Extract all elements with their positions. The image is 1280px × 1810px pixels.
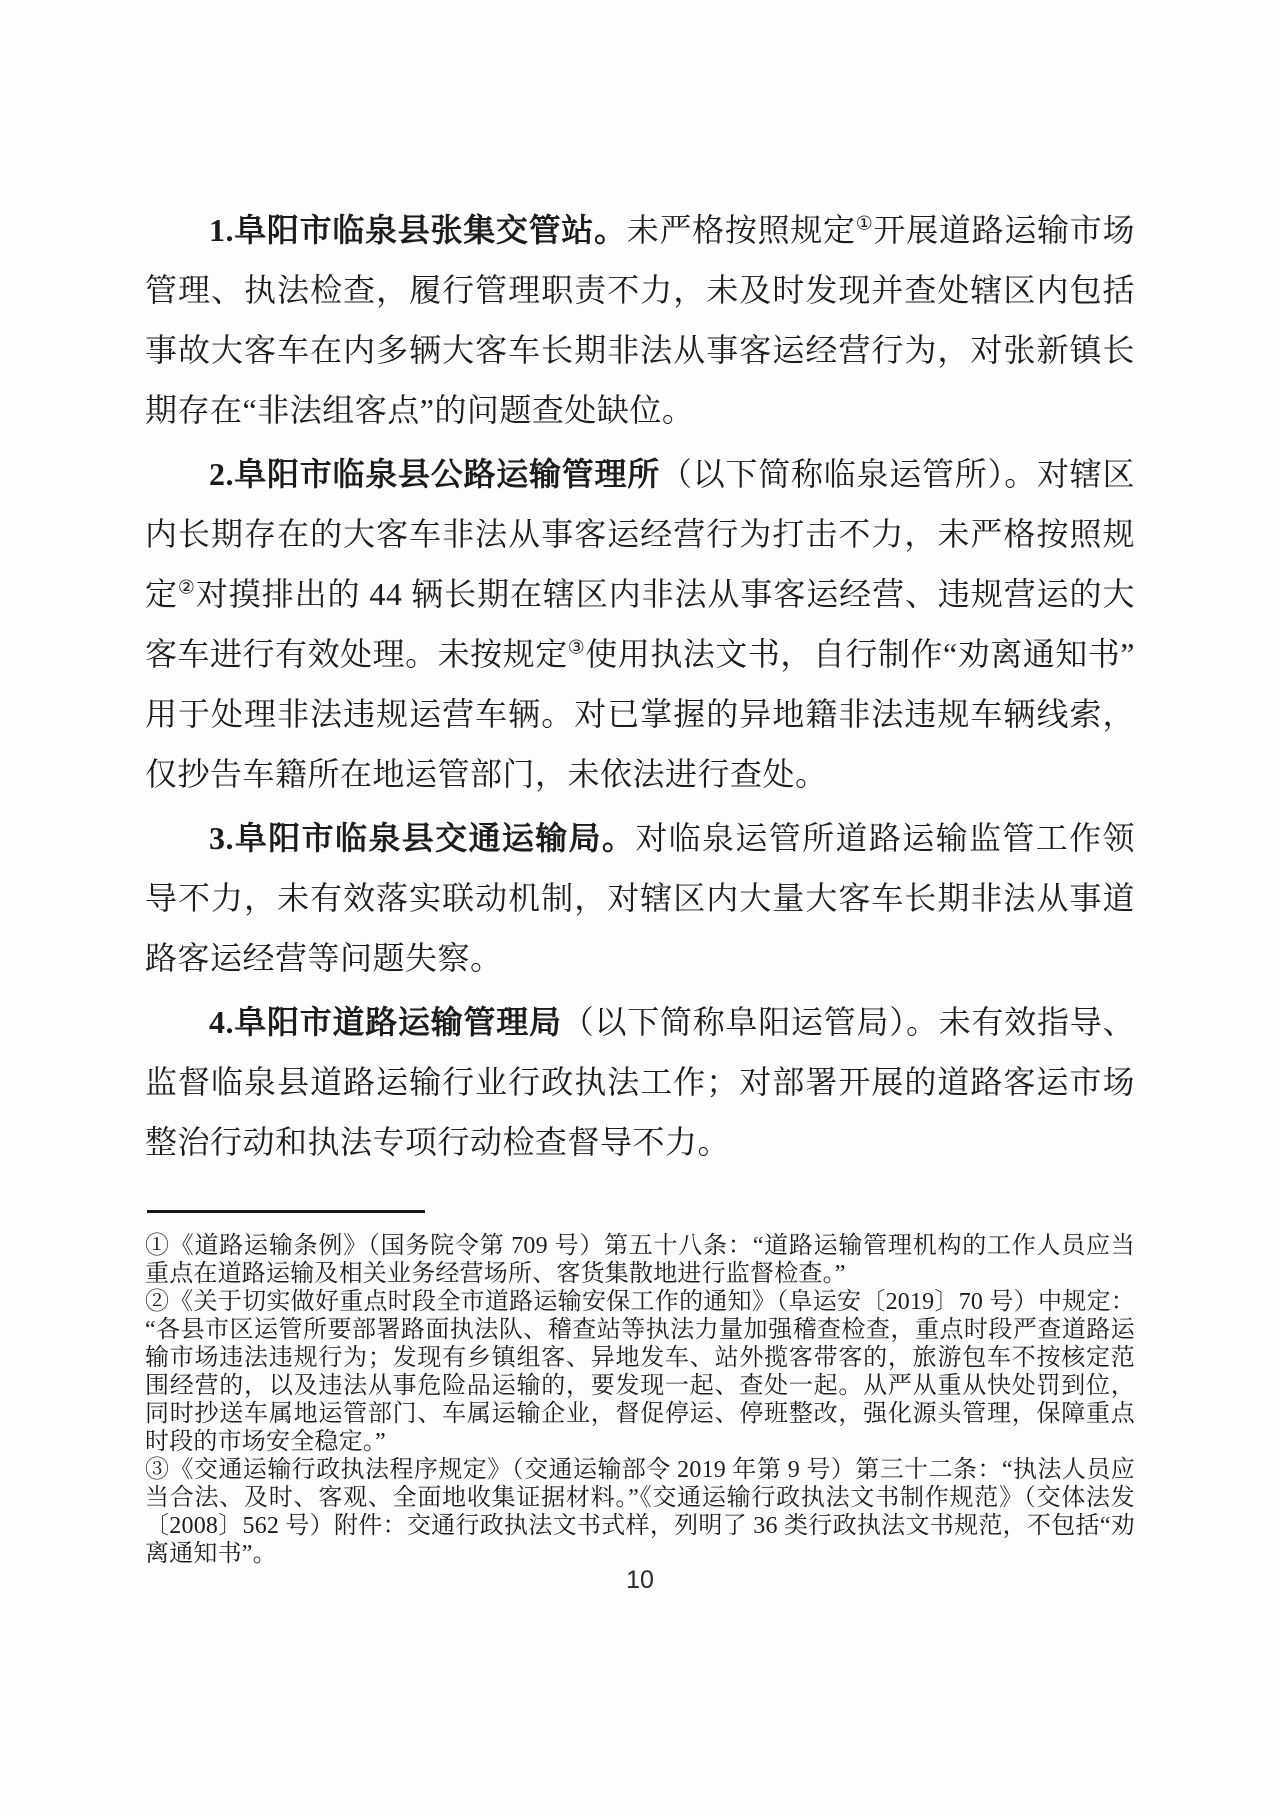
paragraph-1: 1.阜阳市临泉县张集交管站。未严格按照规定①开展道路运输市场管理、执法检查，履行…	[145, 200, 1135, 440]
footnote-ref-2: ②	[178, 577, 196, 598]
paragraph-4: 4.阜阳市道路运输管理局（以下简称阜阳运管局）。未有效指导、监督临泉县道路运输行…	[145, 992, 1135, 1172]
footnote-2-marker: ②	[145, 1289, 169, 1315]
footnote-ref-1: ①	[856, 213, 874, 234]
paragraph-2-lead: 2.阜阳市临泉县公路运输管理所	[209, 456, 660, 492]
document-page: 1.阜阳市临泉县张集交管站。未严格按照规定①开展道路运输市场管理、执法检查，履行…	[0, 0, 1280, 1810]
paragraph-1-lead: 1.阜阳市临泉县张集交管站。	[209, 212, 627, 248]
footnote-2-text: 《关于切实做好重点时段全市道路运输安保工作的通知》（阜运安〔2019〕70 号）…	[145, 1289, 1135, 1455]
paragraph-2: 2.阜阳市临泉县公路运输管理所（以下简称临泉运管所）。对辖区内长期存在的大客车非…	[145, 444, 1135, 804]
footnote-separator	[147, 1210, 425, 1213]
footnote-3-text: 《交通运输行政执法程序规定》（交通运输部令 2019 年第 9 号）第三十二条：…	[145, 1457, 1135, 1567]
footnote-section: ①《道路运输条例》（国务院令第 709 号）第五十八条：“道路运输管理机构的工作…	[145, 1210, 1135, 1568]
footnote-1-marker: ①	[145, 1233, 170, 1259]
footnote-1: ①《道路运输条例》（国务院令第 709 号）第五十八条：“道路运输管理机构的工作…	[145, 1232, 1135, 1288]
footnote-2: ②《关于切实做好重点时段全市道路运输安保工作的通知》（阜运安〔2019〕70 号…	[145, 1288, 1135, 1456]
paragraph-3-lead: 3.阜阳市临泉县交通运输局。	[209, 820, 635, 856]
document-body: 1.阜阳市临泉县张集交管站。未严格按照规定①开展道路运输市场管理、执法检查，履行…	[145, 200, 1135, 1176]
footnote-ref-3: ③	[568, 637, 586, 658]
footnote-3: ③《交通运输行政执法程序规定》（交通运输部令 2019 年第 9 号）第三十二条…	[145, 1456, 1135, 1568]
page-number: 10	[0, 1566, 1280, 1595]
paragraph-4-lead: 4.阜阳市道路运输管理局	[209, 1004, 562, 1040]
paragraph-3: 3.阜阳市临泉县交通运输局。对临泉运管所道路运输监管工作领导不力，未有效落实联动…	[145, 808, 1135, 988]
paragraph-1-text-1: 未严格按照规定	[627, 212, 856, 248]
footnote-3-marker: ③	[145, 1457, 169, 1483]
footnote-1-text: 《道路运输条例》（国务院令第 709 号）第五十八条：“道路运输管理机构的工作人…	[145, 1233, 1135, 1287]
